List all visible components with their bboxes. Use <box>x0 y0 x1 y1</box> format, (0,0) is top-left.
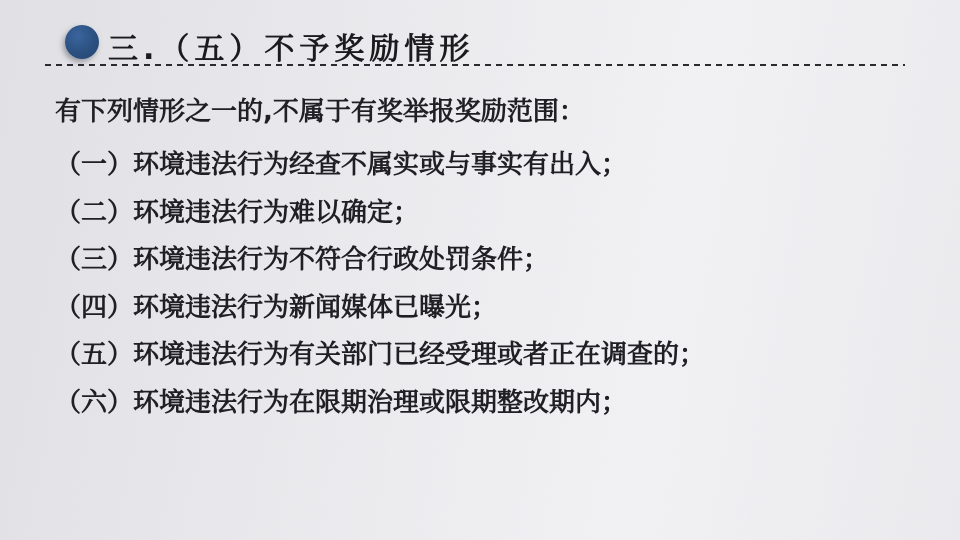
list-item-2: （二）环境违法行为难以确定； <box>55 190 924 238</box>
list-item-3: （三）环境违法行为不符合行政处罚条件； <box>55 237 924 285</box>
list-item-5: （五）环境违法行为有关部门已经受理或者正在调查的； <box>55 332 924 380</box>
title-divider <box>45 64 905 66</box>
list-item-1: （一）环境违法行为经查不属实或与事实有出入； <box>55 142 924 190</box>
title-bullet-icon <box>65 25 99 59</box>
intro-line: 有下列情形之一的,不属于有奖举报奖励范围： <box>55 92 924 132</box>
presentation-slide: 三.（五）不予奖励情形 有下列情形之一的,不属于有奖举报奖励范围： （一）环境违… <box>0 0 960 540</box>
list-item-6: （六）环境违法行为在限期治理或限期整改期内； <box>55 380 924 428</box>
list-item-4: （四）环境违法行为新闻媒体已曝光； <box>55 285 924 333</box>
slide-title: 三.（五）不予奖励情形 <box>108 24 474 68</box>
slide-header: 三.（五）不予奖励情形 <box>0 0 960 70</box>
slide-body: 有下列情形之一的,不属于有奖举报奖励范围： （一）环境违法行为经查不属实或与事实… <box>55 92 924 427</box>
